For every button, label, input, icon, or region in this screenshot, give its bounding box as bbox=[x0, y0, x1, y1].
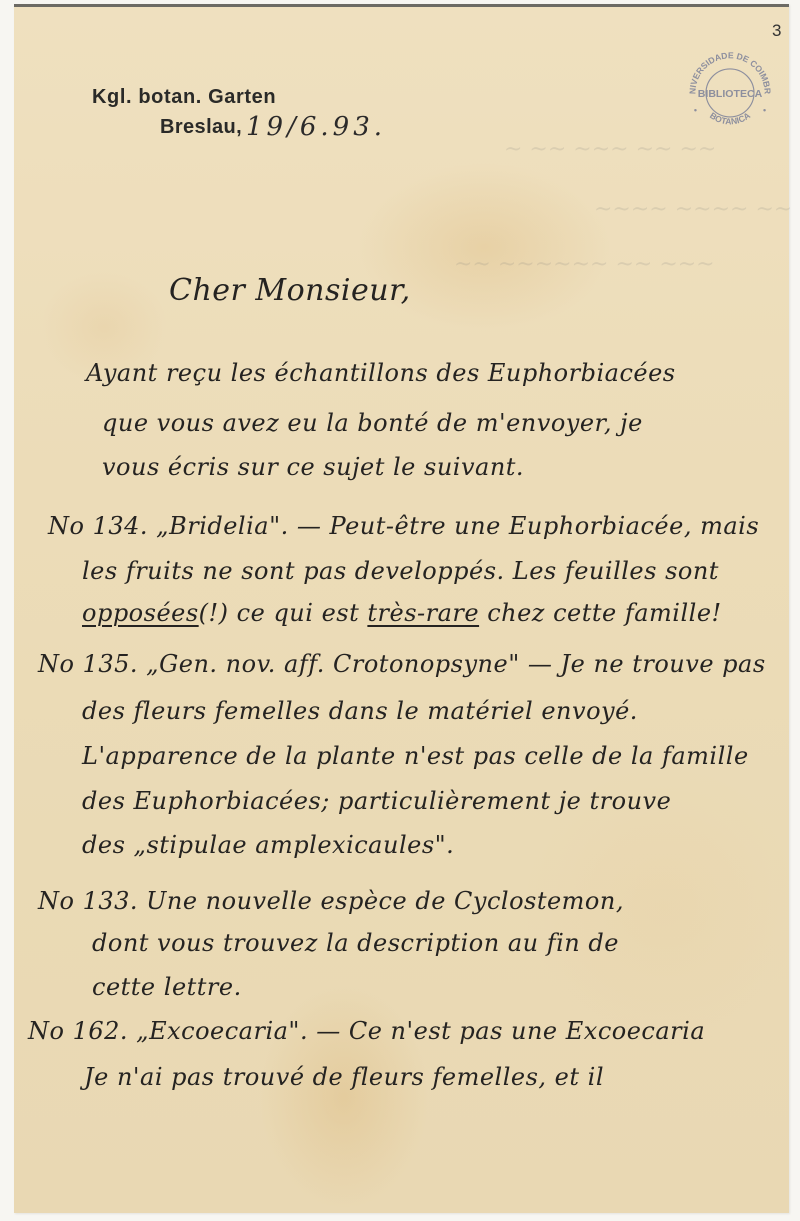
bleed-through-text: ~ ~~ ~~~ ~~ ~~ bbox=[504, 137, 716, 162]
library-stamp: UNIVERSIDADE DE COIMBRA BIBLIOTECA BOTAN… bbox=[682, 43, 778, 139]
specimen-entry-line: opposées(!) ce qui est très-rare chez ce… bbox=[82, 599, 722, 627]
stamp-seal-icon: UNIVERSIDADE DE COIMBRA BIBLIOTECA BOTAN… bbox=[682, 43, 778, 139]
specimen-entry-heading: No 135. „Gen. nov. aff. Crotonopsyne" — … bbox=[38, 650, 766, 678]
text-span: No 134. „Bridelia". — Peut-être une Euph… bbox=[48, 512, 759, 540]
specimen-entry-heading: No 134. „Bridelia". — Peut-être une Euph… bbox=[48, 512, 759, 540]
intro-line: vous écris sur ce sujet le suivant. bbox=[102, 453, 524, 481]
specimen-entry-line: les fruits ne sont pas developpés. Les f… bbox=[82, 557, 719, 585]
letterhead-place: Breslau, bbox=[160, 116, 242, 139]
text-span: chez cette famille! bbox=[479, 599, 722, 627]
specimen-entry-line: L'apparence de la plante n'est pas celle… bbox=[82, 742, 749, 770]
text-span: cette lettre. bbox=[92, 973, 242, 1001]
bleed-through-text: ~~~~ ~~~~ ~~ bbox=[594, 197, 792, 222]
text-span: L'apparence de la plante n'est pas celle… bbox=[82, 742, 749, 770]
text-span: les fruits ne sont pas developpés. Les f… bbox=[82, 557, 719, 585]
text-span: Je n'ai pas trouvé de fleurs femelles, e… bbox=[84, 1063, 604, 1091]
text-span: des „stipulae amplexicaules". bbox=[82, 831, 454, 859]
specimen-entry-line: cette lettre. bbox=[92, 973, 242, 1001]
svg-text:BOTANICA: BOTANICA bbox=[708, 110, 752, 126]
underlined-text: opposées bbox=[82, 599, 199, 627]
page-number: 3 bbox=[772, 21, 781, 41]
specimen-entry-line: des „stipulae amplexicaules". bbox=[82, 831, 454, 859]
svg-text:BIBLIOTECA: BIBLIOTECA bbox=[698, 88, 763, 100]
specimen-entry-line: Je n'ai pas trouvé de fleurs femelles, e… bbox=[84, 1063, 604, 1091]
text-span: No 162. „Excoecaria". — Ce n'est pas une… bbox=[28, 1017, 705, 1045]
text-span: (!) ce qui est bbox=[199, 599, 368, 627]
letterhead-organization: Kgl. botan. Garten bbox=[92, 86, 276, 109]
bleed-through-text: ~~ ~~~~~~ ~~ ~~~ bbox=[454, 252, 715, 277]
letter-page: 3 UNIVERSIDADE DE COIMBRA BIBLIOTECA BOT… bbox=[14, 4, 789, 1213]
text-span: No 135. „Gen. nov. aff. Crotonopsyne" — … bbox=[38, 650, 766, 678]
specimen-entry-line: des Euphorbiacées; particulièrement je t… bbox=[82, 787, 671, 815]
intro-line: Ayant reçu les échantillons des Euphorbi… bbox=[86, 359, 676, 387]
specimen-entry-heading: No 133. Une nouvelle espèce de Cyclostem… bbox=[38, 887, 624, 915]
text-span: des Euphorbiacées; particulièrement je t… bbox=[82, 787, 671, 815]
specimen-entry-line: dont vous trouvez la description au fin … bbox=[92, 929, 619, 957]
specimen-entry-line: des fleurs femelles dans le matériel env… bbox=[82, 697, 638, 725]
text-span: No 133. Une nouvelle espèce de Cyclostem… bbox=[38, 887, 624, 915]
text-span: des fleurs femelles dans le matériel env… bbox=[82, 697, 638, 725]
intro-line: que vous avez eu la bonté de m'envoyer, … bbox=[102, 409, 643, 437]
letter-date: 19/6.93. bbox=[246, 112, 386, 142]
text-span: dont vous trouvez la description au fin … bbox=[92, 929, 619, 957]
salutation: Cher Monsieur, bbox=[169, 273, 411, 308]
specimen-entry-heading: No 162. „Excoecaria". — Ce n'est pas une… bbox=[28, 1017, 705, 1045]
underlined-text: très-rare bbox=[367, 599, 479, 627]
